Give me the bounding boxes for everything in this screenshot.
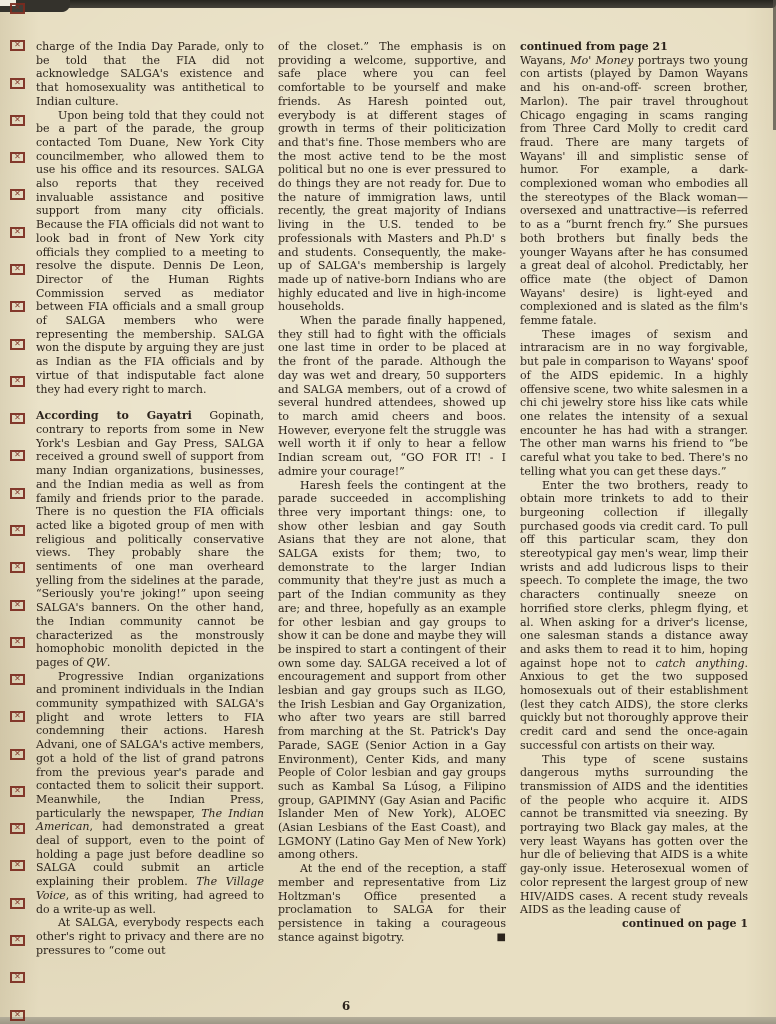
text-segment: When the parade finally happened, they s… xyxy=(278,314,506,478)
article-end-square-icon: ■ xyxy=(475,931,506,945)
x-box-icon: ✕ xyxy=(10,40,25,51)
text-segment: At the end of the reception, a staff mem… xyxy=(278,862,506,944)
col2-para-3: Haresh feels the contingent at the parad… xyxy=(278,479,506,863)
col1-para-2: Upon being told that they could not be a… xyxy=(36,109,264,397)
text-segment: Enter the two brothers, ready to obtain … xyxy=(520,479,748,670)
text-segment: This type of scene sustains dangerous my… xyxy=(520,753,748,917)
text-segment: , as of this writing, had agreed to do a… xyxy=(36,889,264,916)
col3-para-2: These images of sexism and intraracism a… xyxy=(520,328,748,479)
text-segment: of the closet.” The emphasis is on provi… xyxy=(278,40,506,313)
x-box-icon: ✕ xyxy=(10,227,25,238)
text-segment: Progressive Indian organizations and pro… xyxy=(36,670,264,820)
x-box-icon: ✕ xyxy=(10,898,25,909)
text-segment: Upon being told that they could not be a… xyxy=(36,109,264,396)
x-box-icon: ✕ xyxy=(10,488,25,499)
col3-para-3: Enter the two brothers, ready to obtain … xyxy=(520,479,748,753)
col1-para-5: At SALGA, everybody respects each other'… xyxy=(36,916,264,957)
x-box-icon: ✕ xyxy=(10,860,25,871)
text-segment: Haresh feels the contingent at the parad… xyxy=(278,479,506,862)
x-box-icon: ✕ xyxy=(10,823,25,834)
x-box-icon: ✕ xyxy=(10,562,25,573)
article-text-area: charge of the India Day Parade, only to … xyxy=(36,40,748,957)
x-box-icon: ✕ xyxy=(10,525,25,536)
text-segment: . Anxious to get the two supposed homose… xyxy=(520,657,748,752)
text-segment: portrays two young con artists (played b… xyxy=(520,54,748,327)
col3-para-4: This type of scene sustains dangerous my… xyxy=(520,753,748,917)
text-segment: These images of sexism and intraracism a… xyxy=(520,328,748,478)
x-box-icon: ✕ xyxy=(10,674,25,685)
x-box-icon: ✕ xyxy=(10,450,25,461)
x-box-icon: ✕ xyxy=(10,152,25,163)
scan-top-edge xyxy=(0,0,776,8)
text-segment: Gopinath, contrary to reports from some … xyxy=(36,409,264,669)
text-column-2: of the closet.” The emphasis is on provi… xyxy=(278,40,506,957)
col2-para-4: At the end of the reception, a staff mem… xyxy=(278,862,506,944)
text-segment: continued from page 21 xyxy=(520,40,668,53)
page-number: 6 xyxy=(296,999,396,1013)
text-segment: catch anything xyxy=(656,657,745,670)
text-segment: continued on page 1 xyxy=(622,917,748,930)
col3-continued-on: continued on page 1 xyxy=(520,917,748,931)
text-segment: Wayans, xyxy=(520,54,570,67)
x-box-icon: ✕ xyxy=(10,189,25,200)
text-segment: QW xyxy=(86,656,106,669)
col2-para-2: When the parade finally happened, they s… xyxy=(278,314,506,478)
x-box-icon: ✕ xyxy=(10,301,25,312)
x-box-icon: ✕ xyxy=(10,264,25,275)
x-box-icon: ✕ xyxy=(10,972,25,983)
x-box-icon: ✕ xyxy=(10,1010,25,1021)
col2-para-1: of the closet.” The emphasis is on provi… xyxy=(278,40,506,314)
x-box-icon: ✕ xyxy=(10,935,25,946)
col1-para-3: According to Gayatri Gopinath, contrary … xyxy=(36,409,264,669)
x-box-icon: ✕ xyxy=(10,413,25,424)
x-box-icon: ✕ xyxy=(10,786,25,797)
x-box-icon: ✕ xyxy=(10,3,25,14)
col3-para-1: Wayans, Mo' Money portrays two young con… xyxy=(520,54,748,328)
col1-para-1: charge of the India Day Parade, only to … xyxy=(36,40,264,109)
x-box-icon: ✕ xyxy=(10,339,25,350)
x-box-icon: ✕ xyxy=(10,600,25,611)
x-box-icon: ✕ xyxy=(10,711,25,722)
text-column-3: continued from page 21Wayans, Mo' Money … xyxy=(520,40,748,957)
x-box-icon: ✕ xyxy=(10,376,25,387)
col3-continued-from: continued from page 21 xyxy=(520,40,748,54)
text-segment: Mo' Money xyxy=(570,54,633,67)
x-box-icon: ✕ xyxy=(10,749,25,760)
x-box-icon: ✕ xyxy=(10,115,25,126)
text-column-1: charge of the India Day Parade, only to … xyxy=(36,40,264,957)
left-border-strip: ✕✕✕✕✕✕✕✕✕✕✕✕✕✕✕✕✕✕✕✕✕✕✕✕✕✕✕✕ xyxy=(7,3,28,1021)
text-segment: . xyxy=(107,656,111,669)
text-segment: According to Gayatri xyxy=(36,409,192,422)
x-box-icon: ✕ xyxy=(10,637,25,648)
text-segment: At SALGA, everybody respects each other'… xyxy=(36,916,264,956)
x-box-icon: ✕ xyxy=(10,78,25,89)
col1-para-4: Progressive Indian organizations and pro… xyxy=(36,670,264,917)
text-segment: charge of the India Day Parade, only to … xyxy=(36,40,264,108)
scan-bottom-edge xyxy=(0,1017,776,1024)
